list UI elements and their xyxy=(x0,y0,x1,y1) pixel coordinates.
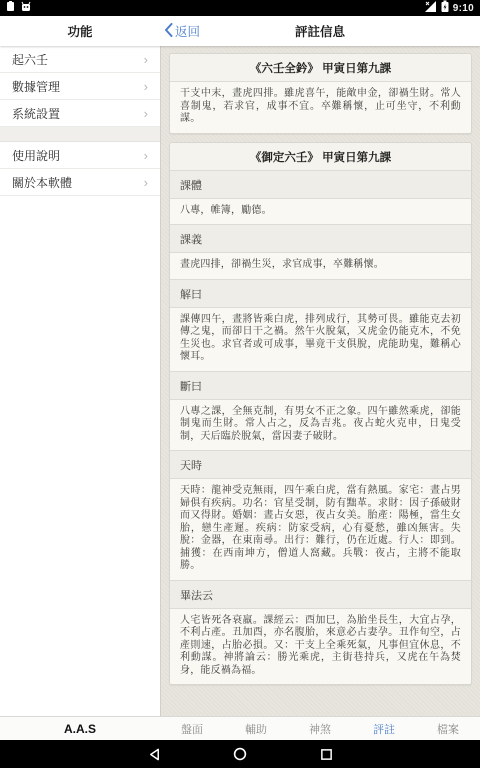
card-title: 《御定六壬》 甲寅日第九課 xyxy=(170,143,471,171)
sidebar-item-about[interactable]: 關於本軟體 › xyxy=(0,169,160,196)
sidebar-item-data-management[interactable]: 數據管理 › xyxy=(0,73,160,100)
sidebar-item-label: 數據管理 xyxy=(12,78,60,95)
card-liuren-quanqian: 《六壬全鈐》 甲寅日第九課 干支中末，晝虎四排。雖虎喜午，能敵申金，卻禍生財。常… xyxy=(169,53,472,134)
cellular-signal-icon xyxy=(425,0,437,17)
section-heading-jieyue: 解曰 xyxy=(170,280,471,308)
nav-home-icon[interactable] xyxy=(228,742,252,766)
back-button[interactable]: 返回 xyxy=(160,22,204,40)
sidebar-item-instructions[interactable]: 使用說明 › xyxy=(0,142,160,169)
section-heading-keyi: 課義 xyxy=(170,225,471,253)
tab-dangan[interactable]: 檔案 xyxy=(416,721,480,737)
chevron-right-icon: › xyxy=(144,107,148,120)
chevron-right-icon: › xyxy=(144,149,148,162)
sidebar-item-label: 關於本軟體 xyxy=(12,174,72,191)
page-title: 評註信息 xyxy=(160,22,480,40)
section-body-jieyue: 課傳四午，晝將皆乘白虎，排列成行，其勢可畏。雖能克去初傳之鬼，而卻日干之禍。然午… xyxy=(170,308,471,372)
card-yuding-liuren: 《御定六壬》 甲寅日第九課 課體 八專，帷簿，勵德。 課義 晝虎四排，卻禍生災，… xyxy=(169,142,472,686)
tab-shensha[interactable]: 神煞 xyxy=(288,721,352,737)
sidebar-group-divider xyxy=(0,127,160,142)
chevron-right-icon: › xyxy=(144,53,148,66)
tab-pingzhu[interactable]: 評註 xyxy=(352,721,416,737)
sidebar-item-label: 使用說明 xyxy=(12,147,60,164)
nav-back-icon[interactable] xyxy=(142,742,166,766)
tab-fuzhu[interactable]: 輔助 xyxy=(224,721,288,737)
usb-debug-android-icon xyxy=(21,0,31,17)
section-body-duanyue: 八專之課，全無克制，有男女不正之象。四午雖然乘虎，卻能制鬼而生財。常人占之，反為… xyxy=(170,400,471,452)
battery-charging-icon xyxy=(441,0,449,17)
clipboard-notification-icon xyxy=(6,0,15,17)
section-heading-duanyue: 斷曰 xyxy=(170,372,471,400)
section-body-bifayun: 人宅皆死各衰羸。課經云：酉加巳，為胎坐長生，大宜占孕，不利占產。丑加酉，亦名腹胎… xyxy=(170,609,471,685)
sidebar-item-qiliuren[interactable]: 起六壬 › xyxy=(0,46,160,73)
annotation-content-panel[interactable]: 《六壬全鈐》 甲寅日第九課 干支中末，晝虎四排。雖虎喜午，能敵申金，卻禍生財。常… xyxy=(161,46,480,716)
tab-panmian[interactable]: 盤面 xyxy=(160,721,224,737)
section-body-keyi: 晝虎四排，卻禍生災，求官成事，卒難稱懷。 xyxy=(170,253,471,280)
card-body-text: 干支中末，晝虎四排。雖虎喜午，能敵申金，卻禍生財。常人喜制鬼，若求官，成事不宜。… xyxy=(170,82,471,133)
android-nav-bar xyxy=(0,740,480,768)
section-heading-keti: 課體 xyxy=(170,171,471,199)
sidebar-item-label: 系統設置 xyxy=(12,105,60,122)
section-heading-bifayun: 畢法云 xyxy=(170,581,471,609)
sidebar-item-system-settings[interactable]: 系統設置 › xyxy=(0,100,160,127)
section-body-tianshi: 天時：龍神受克無雨，四午乘白虎，當有熱風。家宅：晝占男婦俱有疾病。功名：官星受制… xyxy=(170,479,471,581)
status-time: 9:10 xyxy=(453,3,474,14)
sidebar: 起六壬 › 數據管理 › 系統設置 › 使用說明 › 關於本軟體 › xyxy=(0,46,161,716)
app-brand: A.A.S xyxy=(0,722,160,736)
status-bar: 9:10 xyxy=(0,0,480,16)
sidebar-panel-title: 功能 xyxy=(0,22,160,40)
section-body-keti: 八專，帷簿，勵德。 xyxy=(170,199,471,226)
card-title: 《六壬全鈐》 甲寅日第九課 xyxy=(170,54,471,82)
app-window: 9:10 功能 返回 評註信息 起六壬 › 數據管理 › xyxy=(0,0,480,768)
back-chevron-icon xyxy=(164,23,173,40)
bottom-tab-bar: A.A.S 盤面 輔助 神煞 評註 檔案 xyxy=(0,716,480,740)
back-button-label: 返回 xyxy=(175,22,200,40)
sidebar-item-label: 起六壬 xyxy=(12,51,48,68)
chevron-right-icon: › xyxy=(144,80,148,93)
title-bar: 功能 返回 評註信息 xyxy=(0,16,480,46)
nav-recents-icon[interactable] xyxy=(314,742,338,766)
chevron-right-icon: › xyxy=(144,176,148,189)
section-heading-tianshi: 天時 xyxy=(170,451,471,479)
